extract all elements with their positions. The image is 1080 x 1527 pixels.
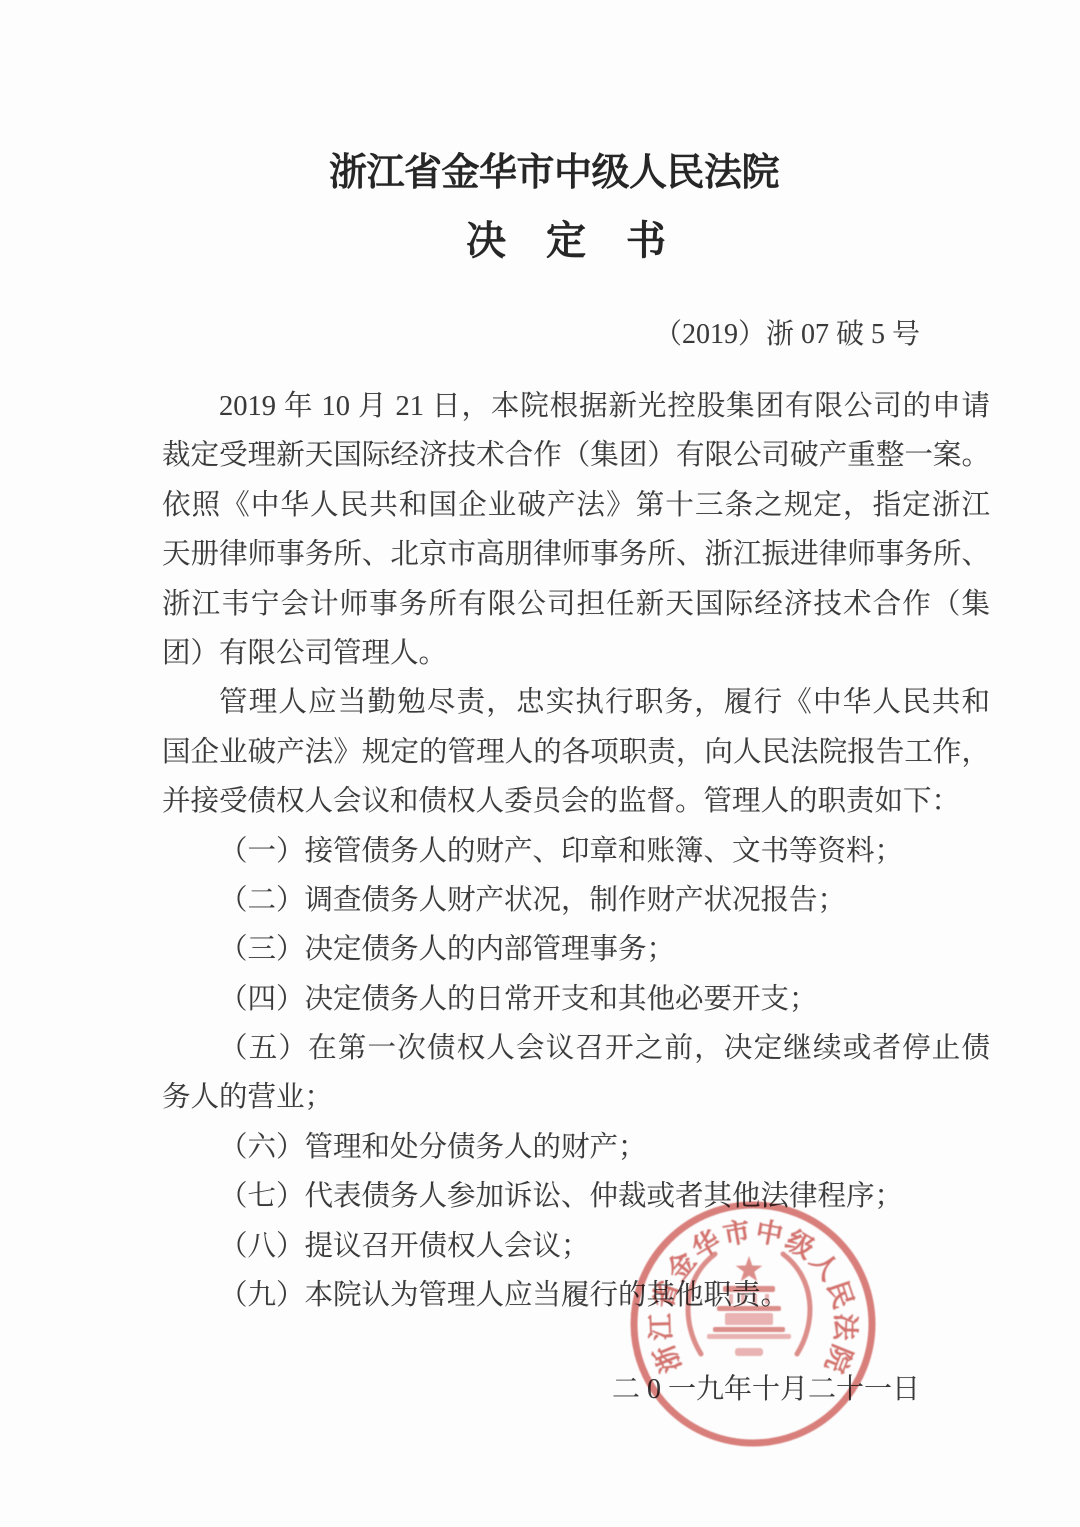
body-line: 天册律师事务所、北京市高朋律师事务所、浙江振进律师事务所、 [162,530,990,579]
issue-date: 二 0 一九年十月二十一日 [612,1372,920,1408]
body-line: （九）本院认为管理人应当履行的其他职责。 [162,1271,990,1320]
body-line: 团）有限公司管理人。 [162,629,990,678]
body-line: （八）提议召开债权人会议； [162,1222,990,1271]
body-line: 国企业破产法》规定的管理人的各项职责，向人民法院报告工作， [162,728,990,777]
body-line: 2019 年 10 月 21 日，本院根据新光控股集团有限公司的申请 [162,382,990,431]
body-line: （七）代表债务人参加诉讼、仲裁或者其他法律程序； [162,1172,990,1221]
court-name-heading: 浙江省金华市中级人民法院 [14,152,1080,196]
document-body: 2019 年 10 月 21 日，本院根据新光控股集团有限公司的申请 裁定受理新… [162,382,990,1320]
body-line: （五）在第一次债权人会议召开之前，决定继续或者停止债 [162,1024,990,1073]
body-line: 裁定受理新天国际经济技术合作（集团）有限公司破产重整一案。 [162,431,990,480]
body-line: 并接受债权人会议和债权人委员会的监督。管理人的职责如下： [162,777,990,826]
body-line: （二）调查债务人财产状况，制作财产状况报告； [162,876,990,925]
body-line: 务人的营业； [162,1073,990,1122]
document-page: 浙江省金华市中级人民法院 决 定 书 （2019）浙 07 破 5 号 2019… [0,0,1080,1527]
document-title: 决 定 书 [26,218,1080,264]
body-line: 依照《中华人民共和国企业破产法》第十三条之规定，指定浙江 [162,481,990,530]
body-line: （四）决定债务人的日常开支和其他必要开支； [162,975,990,1024]
body-line: 浙江韦宁会计师事务所有限公司担任新天国际经济技术合作（集 [162,580,990,629]
body-line: （六）管理和处分债务人的财产； [162,1123,990,1172]
body-line: 管理人应当勤勉尽责，忠实执行职务，履行《中华人民共和 [162,678,990,727]
body-line: （一）接管债务人的财产、印章和账簿、文书等资料； [162,827,990,876]
case-number: （2019）浙 07 破 5 号 [654,318,920,352]
body-line: （三）决定债务人的内部管理事务； [162,925,990,974]
